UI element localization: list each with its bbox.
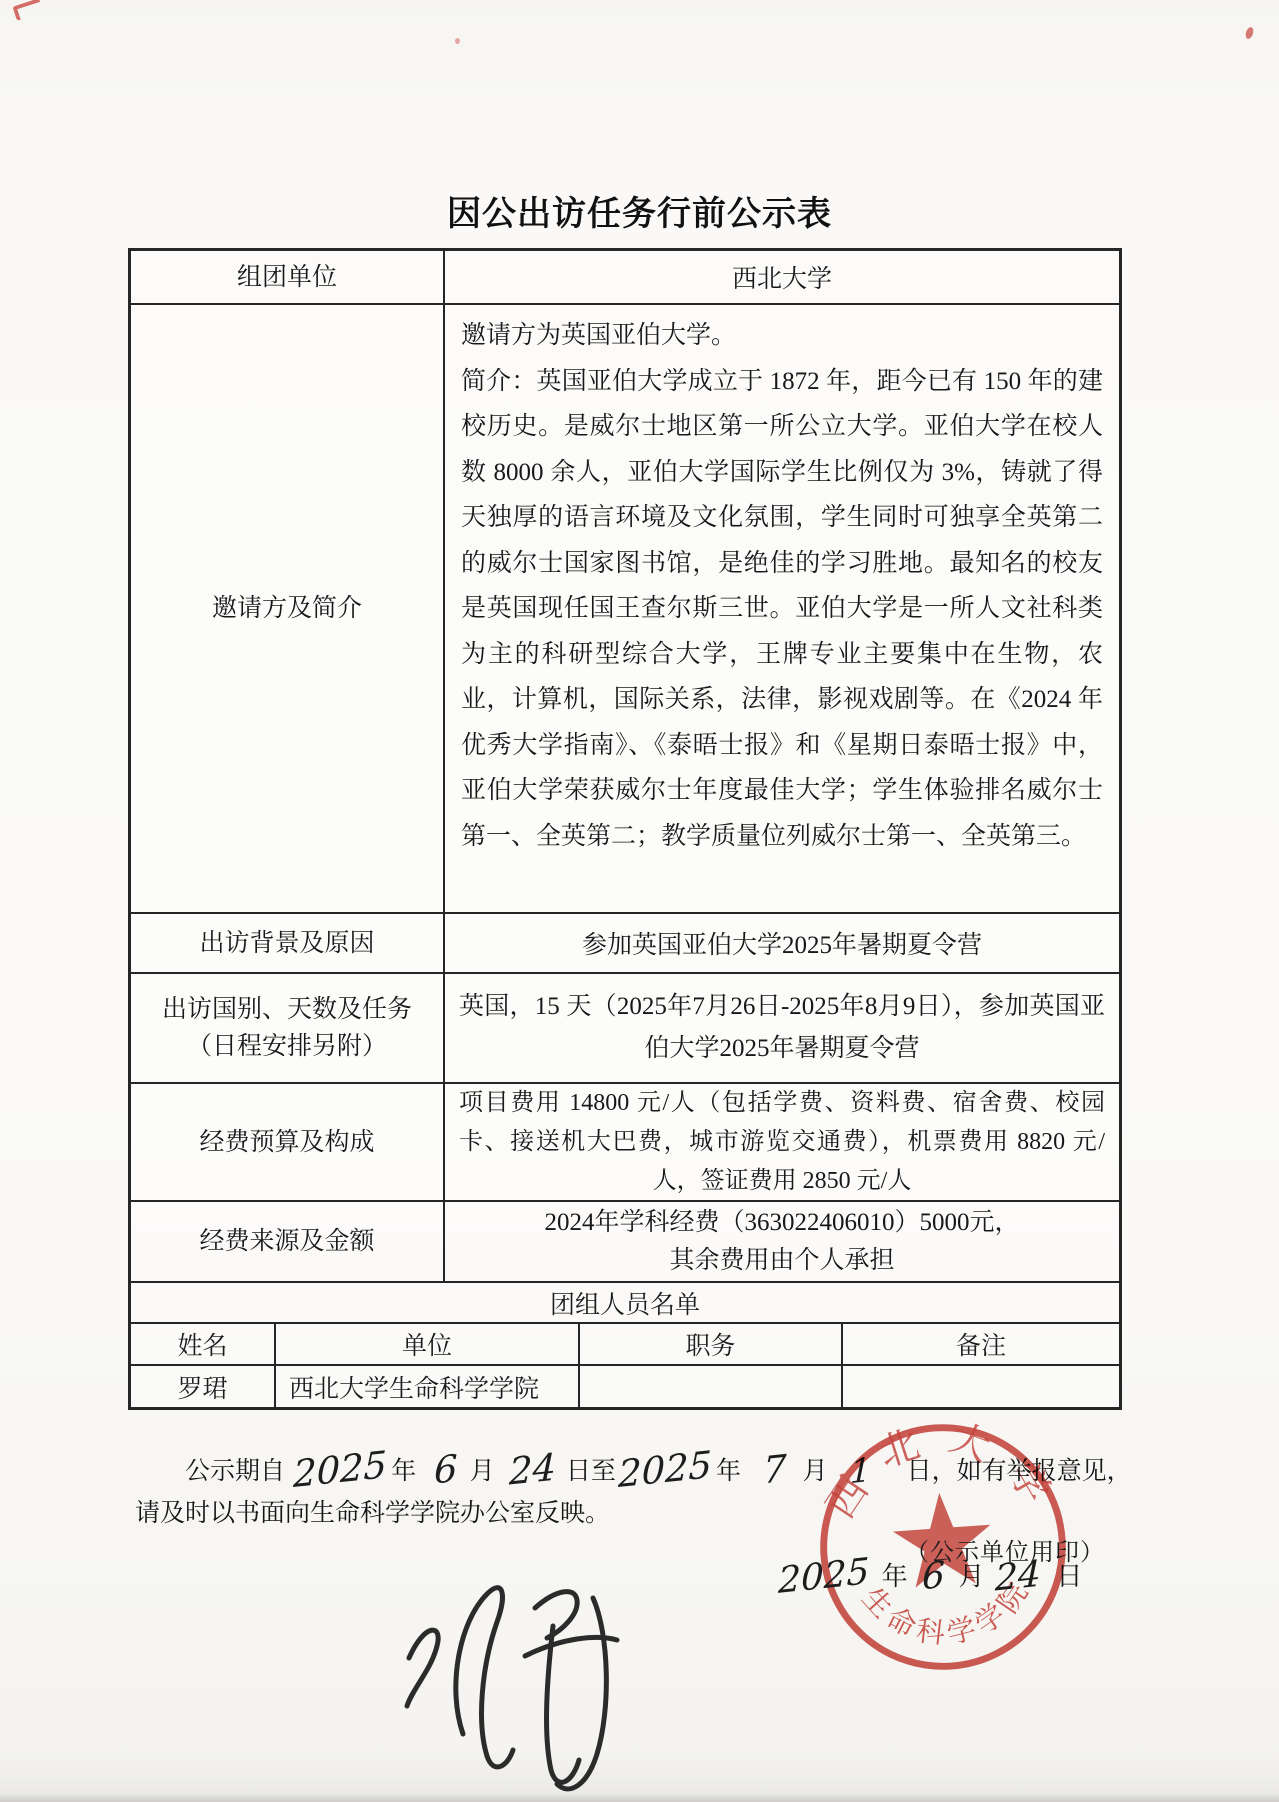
- row-value-group-unit: 西北大学: [445, 251, 1119, 303]
- notice-form-table: 组团单位 西北大学 邀请方及简介 邀请方为英国亚伯大学。 简介：英国亚伯大学成立…: [128, 248, 1122, 1410]
- handwritten-issue-day: 24: [994, 1556, 1040, 1597]
- member-position: [580, 1366, 843, 1407]
- row-value-background: 参加英国亚伯大学2025年暑期夏令营: [445, 914, 1119, 972]
- handwritten-start-year: 2025: [293, 1446, 387, 1493]
- personnel-header-unit: 单位: [276, 1324, 580, 1364]
- issue-month-unit: 月: [959, 1562, 985, 1591]
- handwritten-issue-year: 2025: [778, 1554, 870, 1600]
- scan-artifact-red-dot: [1244, 26, 1254, 40]
- year-unit-2: 年: [716, 1458, 741, 1485]
- issue-year-unit: 年: [882, 1562, 908, 1591]
- row-label-funding: 经费来源及金额: [131, 1202, 445, 1281]
- row-label-destination: 出访国别、天数及任务 （日程安排另附）: [131, 974, 445, 1082]
- personnel-section-title: 团组人员名单: [131, 1283, 1119, 1322]
- table-row-funding: 经费来源及金额 2024年学科经费（363022406010）5000元， 其余…: [131, 1200, 1119, 1281]
- table-row-budget: 经费预算及构成 项目费用 14800 元/人（包括学费、资料费、宿舍费、校园卡、…: [131, 1082, 1119, 1200]
- table-row-inviter: 邀请方及简介 邀请方为英国亚伯大学。 简介：英国亚伯大学成立于 1872 年，距…: [131, 303, 1119, 912]
- row-label-budget: 经费预算及构成: [131, 1084, 445, 1200]
- funding-line1: 2024年学科经费（363022406010）5000元，: [544, 1204, 1019, 1242]
- destination-text: 英国，15 天（2025年7月26日-2025年8月9日），参加英国亚伯大学20…: [445, 986, 1119, 1070]
- notice-to: 日至: [566, 1458, 616, 1485]
- row-label-background: 出访背景及原因: [131, 914, 445, 972]
- handwritten-issue-month: 6: [921, 1558, 944, 1597]
- month-unit: 月: [470, 1458, 495, 1485]
- row-label-destination-line1: 出访国别、天数及任务: [162, 991, 412, 1028]
- scan-artifact-red-mark: [12, 0, 43, 21]
- budget-text: 项目费用 14800 元/人（包括学费、资料费、宿舍费、校园卡、接送机大巴费，城…: [445, 1084, 1119, 1201]
- row-label-group-unit: 组团单位: [131, 251, 445, 303]
- handwritten-signature: [385, 1538, 665, 1798]
- funding-line2: 其余费用由个人承担: [669, 1242, 894, 1280]
- notice-prefix: 公示期自: [185, 1458, 285, 1485]
- row-value-inviter: 邀请方为英国亚伯大学。 简介：英国亚伯大学成立于 1872 年，距今已有 150…: [445, 305, 1119, 912]
- handwritten-start-day: 24: [509, 1448, 556, 1490]
- personnel-header-row: 姓名 单位 职务 备注: [131, 1322, 1119, 1364]
- personnel-header-name: 姓名: [131, 1324, 276, 1364]
- inviter-profile-paragraph: 简介：英国亚伯大学成立于 1872 年，距今已有 150 年的建校历史。是威尔士…: [461, 359, 1103, 860]
- year-unit: 年: [391, 1458, 416, 1485]
- inviter-intro-line: 邀请方为英国亚伯大学。: [461, 313, 1103, 359]
- row-value-destination: 英国，15 天（2025年7月26日-2025年8月9日），参加英国亚伯大学20…: [445, 974, 1119, 1082]
- issue-day-unit: 日: [1056, 1562, 1082, 1591]
- member-unit: 西北大学生命科学学院: [276, 1366, 580, 1407]
- personnel-header-note: 备注: [843, 1324, 1119, 1364]
- row-label-destination-line2: （日程安排另附）: [187, 1028, 387, 1065]
- personnel-header-position: 职务: [580, 1324, 843, 1364]
- page-title: 因公出访任务行前公示表: [0, 186, 1279, 235]
- row-value-budget: 项目费用 14800 元/人（包括学费、资料费、宿舍费、校园卡、接送机大巴费，城…: [445, 1084, 1119, 1200]
- table-row-group-unit: 组团单位 西北大学: [131, 251, 1119, 303]
- handwritten-end-year: 2025: [618, 1446, 712, 1493]
- handwritten-end-month: 7: [763, 1450, 787, 1490]
- table-row-personnel-section: 团组人员名单: [131, 1281, 1119, 1322]
- table-row-destination: 出访国别、天数及任务 （日程安排另附） 英国，15 天（2025年7月26日-2…: [131, 972, 1119, 1082]
- issue-date-line: 2025年6月24日: [778, 1556, 1082, 1593]
- scan-artifact-red-speck: [455, 38, 460, 44]
- row-label-inviter: 邀请方及简介: [131, 305, 445, 912]
- row-value-funding: 2024年学科经费（363022406010）5000元， 其余费用由个人承担: [445, 1202, 1119, 1281]
- handwritten-start-month: 6: [434, 1450, 458, 1490]
- table-row-background: 出访背景及原因 参加英国亚伯大学2025年暑期夏令营: [131, 912, 1119, 972]
- member-name: 罗珺: [131, 1366, 276, 1407]
- scanned-document-page: 因公出访任务行前公示表 组团单位 西北大学 邀请方及简介 邀请方为英国亚伯大学。…: [0, 0, 1279, 1802]
